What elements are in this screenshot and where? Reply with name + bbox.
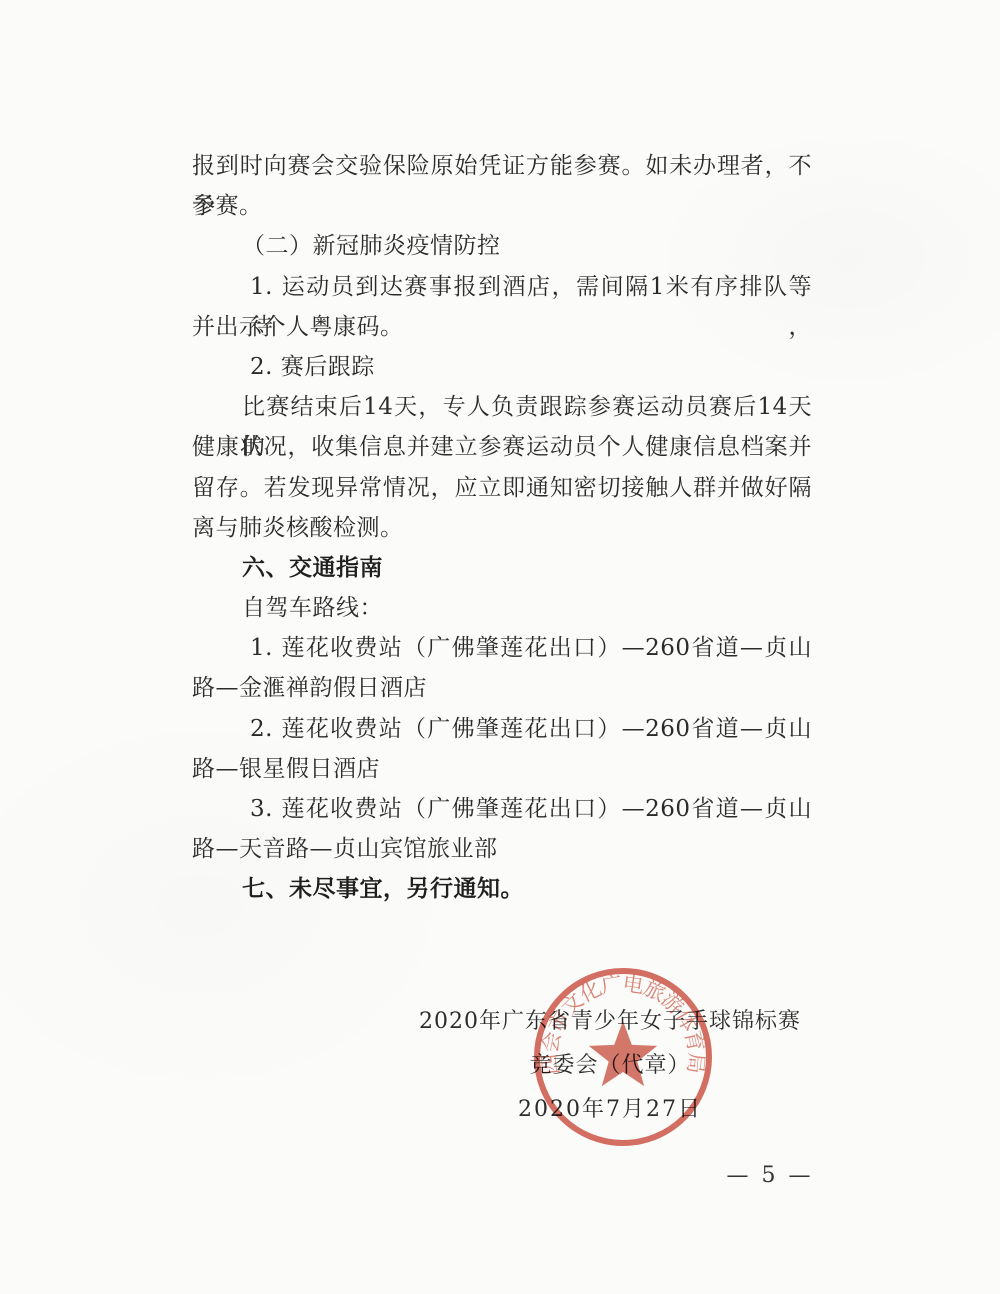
route-line-3-cont: 路—天音路—贞山宾馆旅业部 bbox=[192, 829, 812, 869]
body-line: 报到时向赛会交验保险原始凭证方能参赛。如未办理者，不予 bbox=[192, 146, 812, 186]
official-seal: 四会市文化广电旅游体育局 bbox=[528, 962, 718, 1152]
seal-star-icon bbox=[589, 1021, 657, 1086]
route-line-1: 1. 莲花收费站（广佛肇莲花出口）—260省道—贞山 bbox=[192, 628, 812, 668]
section-heading-6: 六、交通指南 bbox=[192, 548, 812, 588]
route-line-2: 2. 莲花收费站（广佛肇莲花出口）—260省道—贞山 bbox=[192, 709, 812, 749]
document-page: 报到时向赛会交验保险原始凭证方能参赛。如未办理者，不予参赛。（二）新冠肺炎疫情防… bbox=[0, 0, 1000, 1294]
route-line-2-cont: 路—银星假日酒店 bbox=[192, 749, 812, 789]
body-line: 留存。若发现异常情况，应立即通知密切接触人群并做好隔 bbox=[192, 468, 812, 508]
section-heading-7: 七、未尽事宜，另行通知。 bbox=[192, 869, 812, 909]
body-line: 健康状况，收集信息并建立参赛运动员个人健康信息档案并 bbox=[192, 427, 812, 467]
route-line-3: 3. 莲花收费站（广佛肇莲花出口）—260省道—贞山 bbox=[192, 789, 812, 829]
section-heading-2: （二）新冠肺炎疫情防控 bbox=[192, 226, 812, 266]
body-line: 参赛。 bbox=[192, 186, 812, 226]
page-number: — 5 — bbox=[700, 1163, 840, 1188]
body-line: 2. 赛后跟踪 bbox=[192, 347, 812, 387]
body-line: 离与肺炎核酸检测。 bbox=[192, 508, 812, 548]
body-line: 比赛结束后14天，专人负责跟踪参赛运动员赛后14天的 bbox=[192, 387, 812, 427]
body-line: 1. 运动员到达赛事报到酒店，需间隔1米有序排队等待， bbox=[192, 267, 812, 307]
body-line: 自驾车路线： bbox=[192, 588, 812, 628]
route-line-1-cont: 路—金滙禅韵假日酒店 bbox=[192, 668, 812, 708]
document-body: 报到时向赛会交验保险原始凭证方能参赛。如未办理者，不予参赛。（二）新冠肺炎疫情防… bbox=[192, 146, 812, 910]
